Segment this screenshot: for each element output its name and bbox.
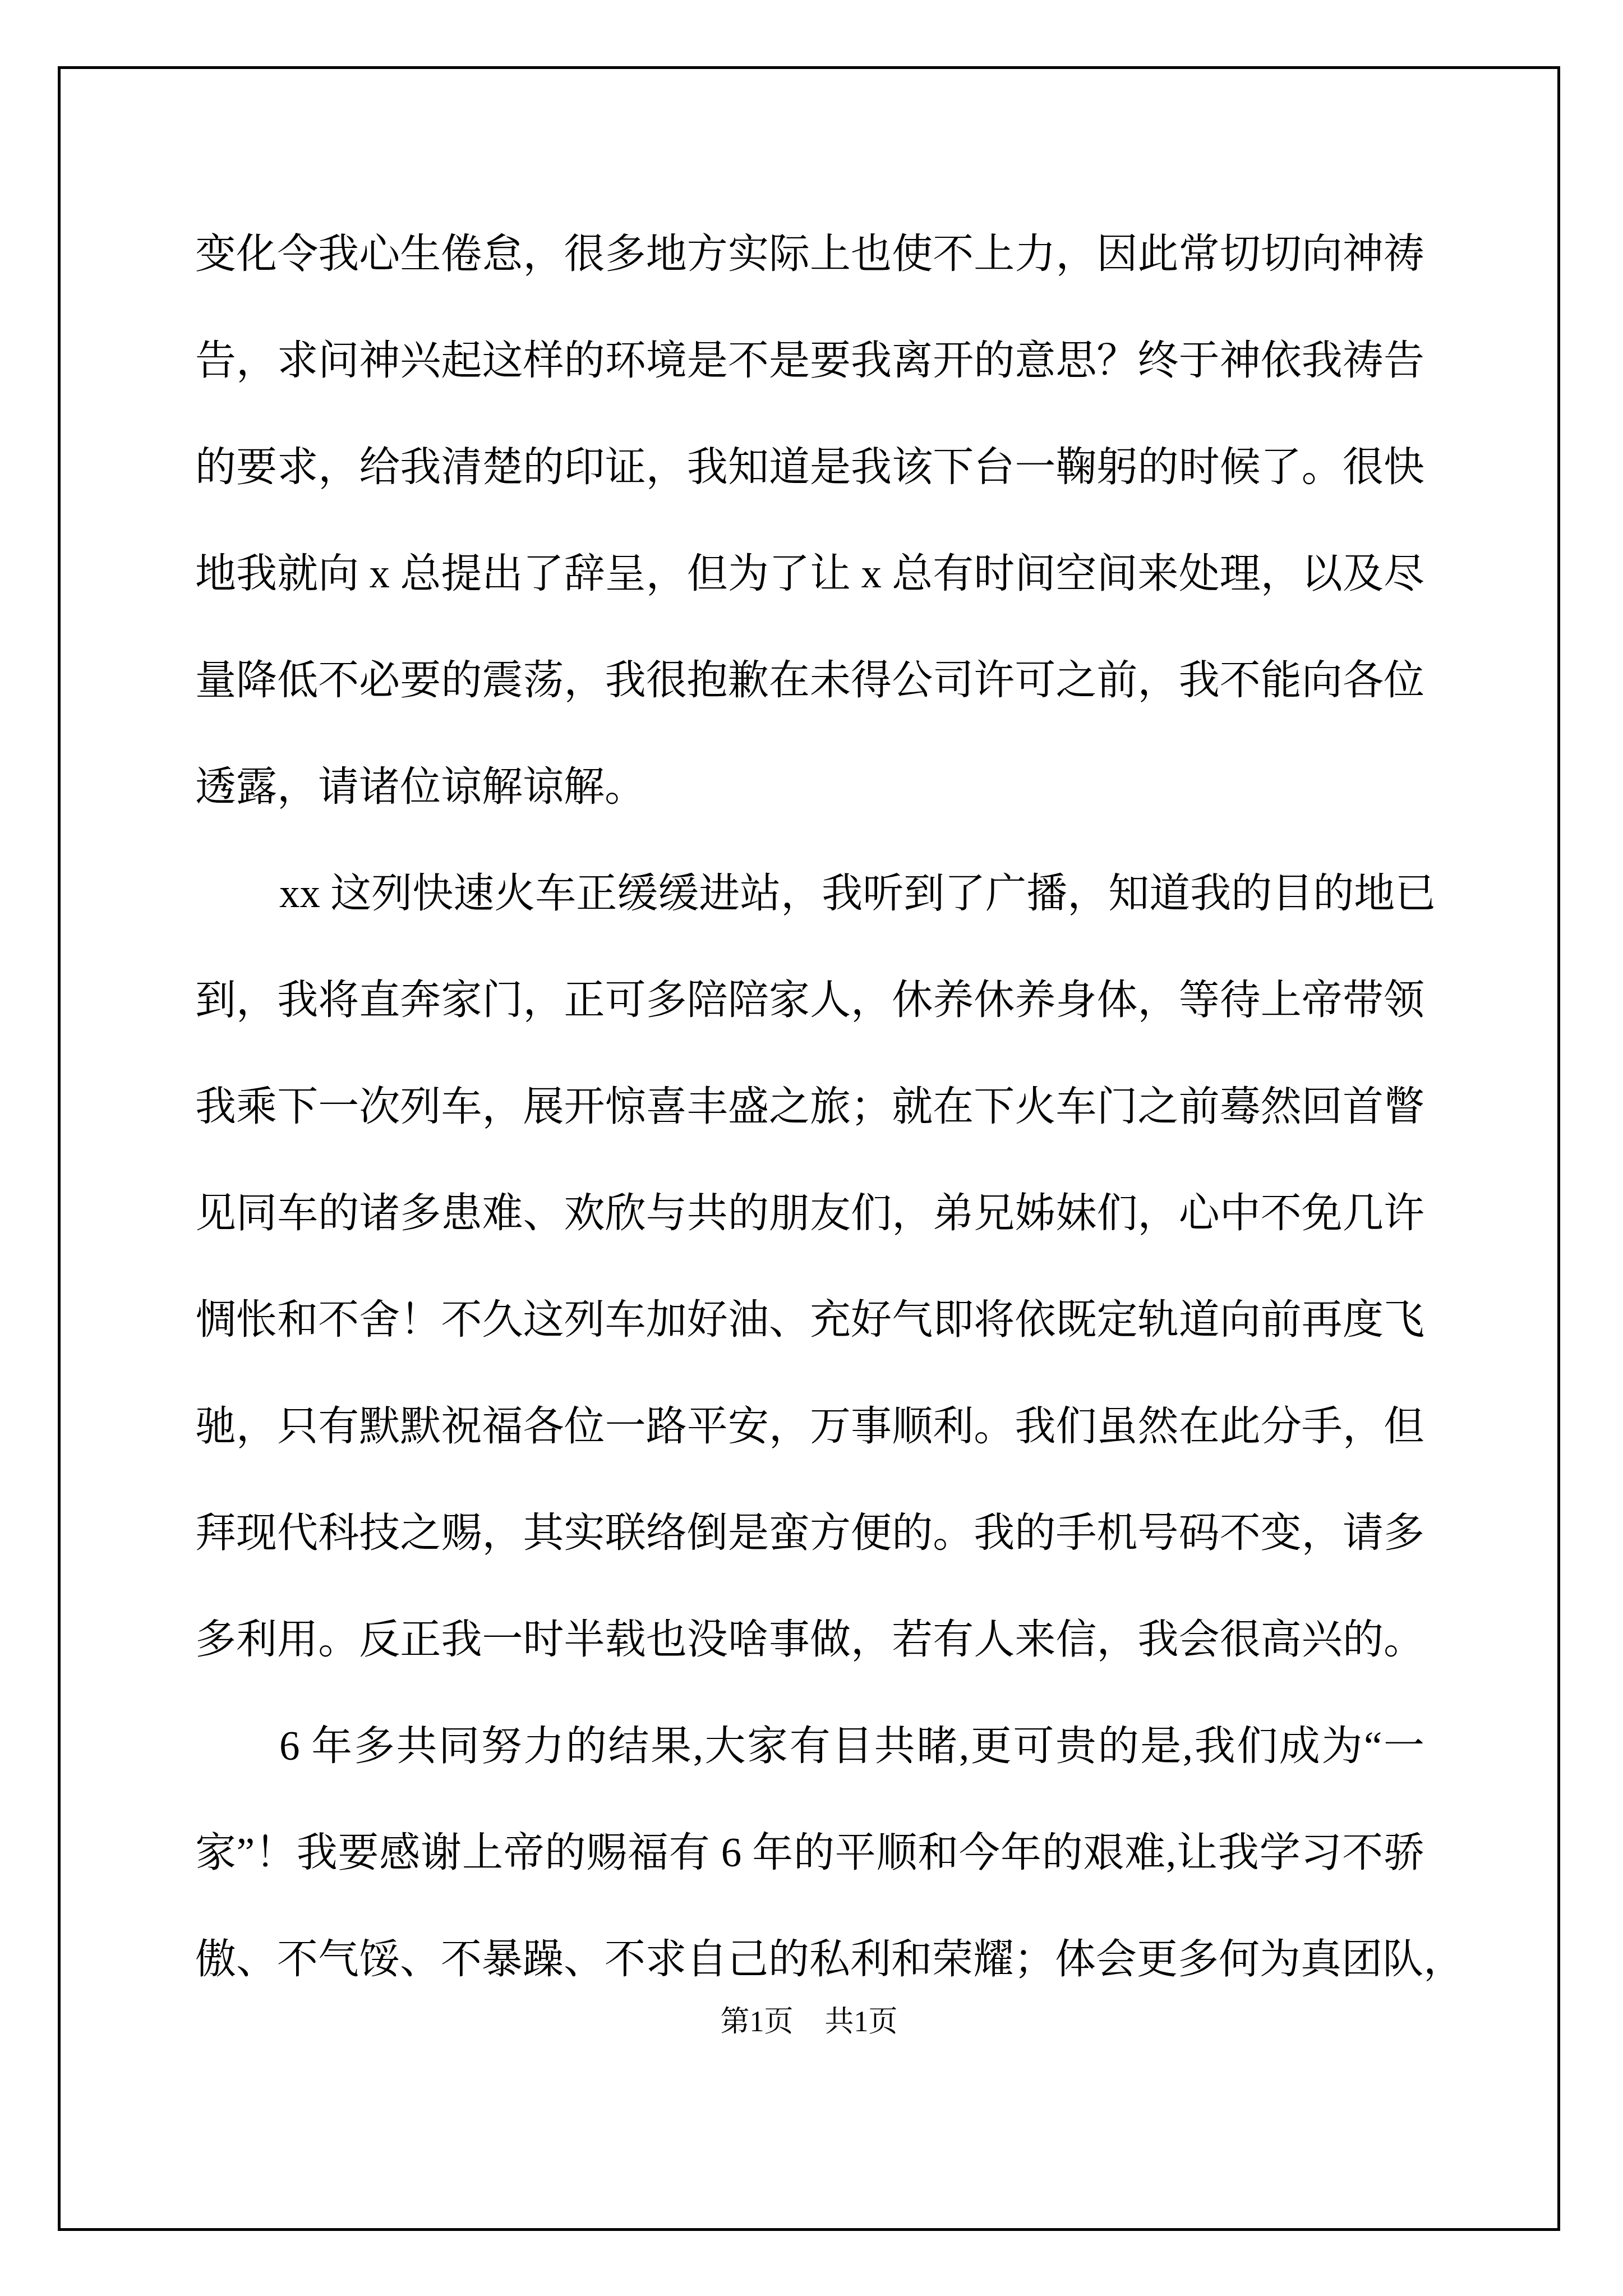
page-border-frame: 变化令我心生倦怠，很多地方实际上也使不上力，因此常切切向神祷告，求问神兴起这样的… (58, 66, 1560, 2231)
text-line: 惆怅和不舍！不久这列车加好油、充好气即将依既定轨道向前再度飞 (195, 1267, 1424, 1373)
text-line: 我乘下一次列车，展开惊喜丰盛之旅；就在下火车门之前蓦然回首瞥 (195, 1053, 1424, 1160)
text-line: 傲、不气馁、不暴躁、不求自己的私利和荣耀；体会更多何为真团队， (195, 1906, 1424, 2013)
text-line: 量降低不必要的震荡，我很抱歉在未得公司许可之前，我不能向各位 (195, 627, 1424, 734)
text-line: 多利用。反正我一时半载也没啥事做，若有人来信，我会很高兴的。 (195, 1586, 1424, 1693)
text-line: 家”！我要感谢上帝的赐福有 6 年的平顺和今年的艰难,让我学习不骄 (195, 1800, 1424, 1906)
page-number-label: 第1页 (720, 2005, 793, 2039)
text-line: 变化令我心生倦怠，很多地方实际上也使不上力，因此常切切向神祷 (195, 201, 1424, 307)
document-page: 变化令我心生倦怠，很多地方实际上也使不上力，因此常切切向神祷告，求问神兴起这样的… (0, 0, 1623, 2296)
document-body: 变化令我心生倦怠，很多地方实际上也使不上力，因此常切切向神祷告，求问神兴起这样的… (195, 201, 1424, 2013)
text-line: xx 这列快速火车正缓缓进站，我听到了广播，知道我的目的地已 (195, 840, 1424, 947)
text-line: 拜现代科技之赐，其实联络倒是蛮方便的。我的手机号码不变，请多 (195, 1480, 1424, 1586)
text-line: 的要求，给我清楚的印证，我知道是我该下台一鞠躬的时候了。很快 (195, 414, 1424, 521)
text-line: 见同车的诸多患难、欢欣与共的朋友们，弟兄姊妹们，心中不免几许 (195, 1160, 1424, 1267)
text-line: 到，我将直奔家门，正可多陪陪家人，休养休养身体，等待上帝带领 (195, 947, 1424, 1053)
text-line: 驰，只有默默祝福各位一路平安，万事顺利。我们虽然在此分手，但 (195, 1373, 1424, 1480)
text-line: 告，求问神兴起这样的环境是不是要我离开的意思？终于神依我祷告 (195, 307, 1424, 414)
page-total-label: 共1页 (825, 2005, 898, 2039)
text-line: 6 年多共同努力的结果,大家有目共睹,更可贵的是,我们成为“一 (195, 1693, 1424, 1800)
text-line: 地我就向 x 总提出了辞呈，但为了让 x 总有时间空间来处理，以及尽 (195, 521, 1424, 627)
text-line: 透露，请诸位谅解谅解。 (195, 734, 1424, 840)
page-footer: 第1页 共1页 (61, 2005, 1557, 2039)
